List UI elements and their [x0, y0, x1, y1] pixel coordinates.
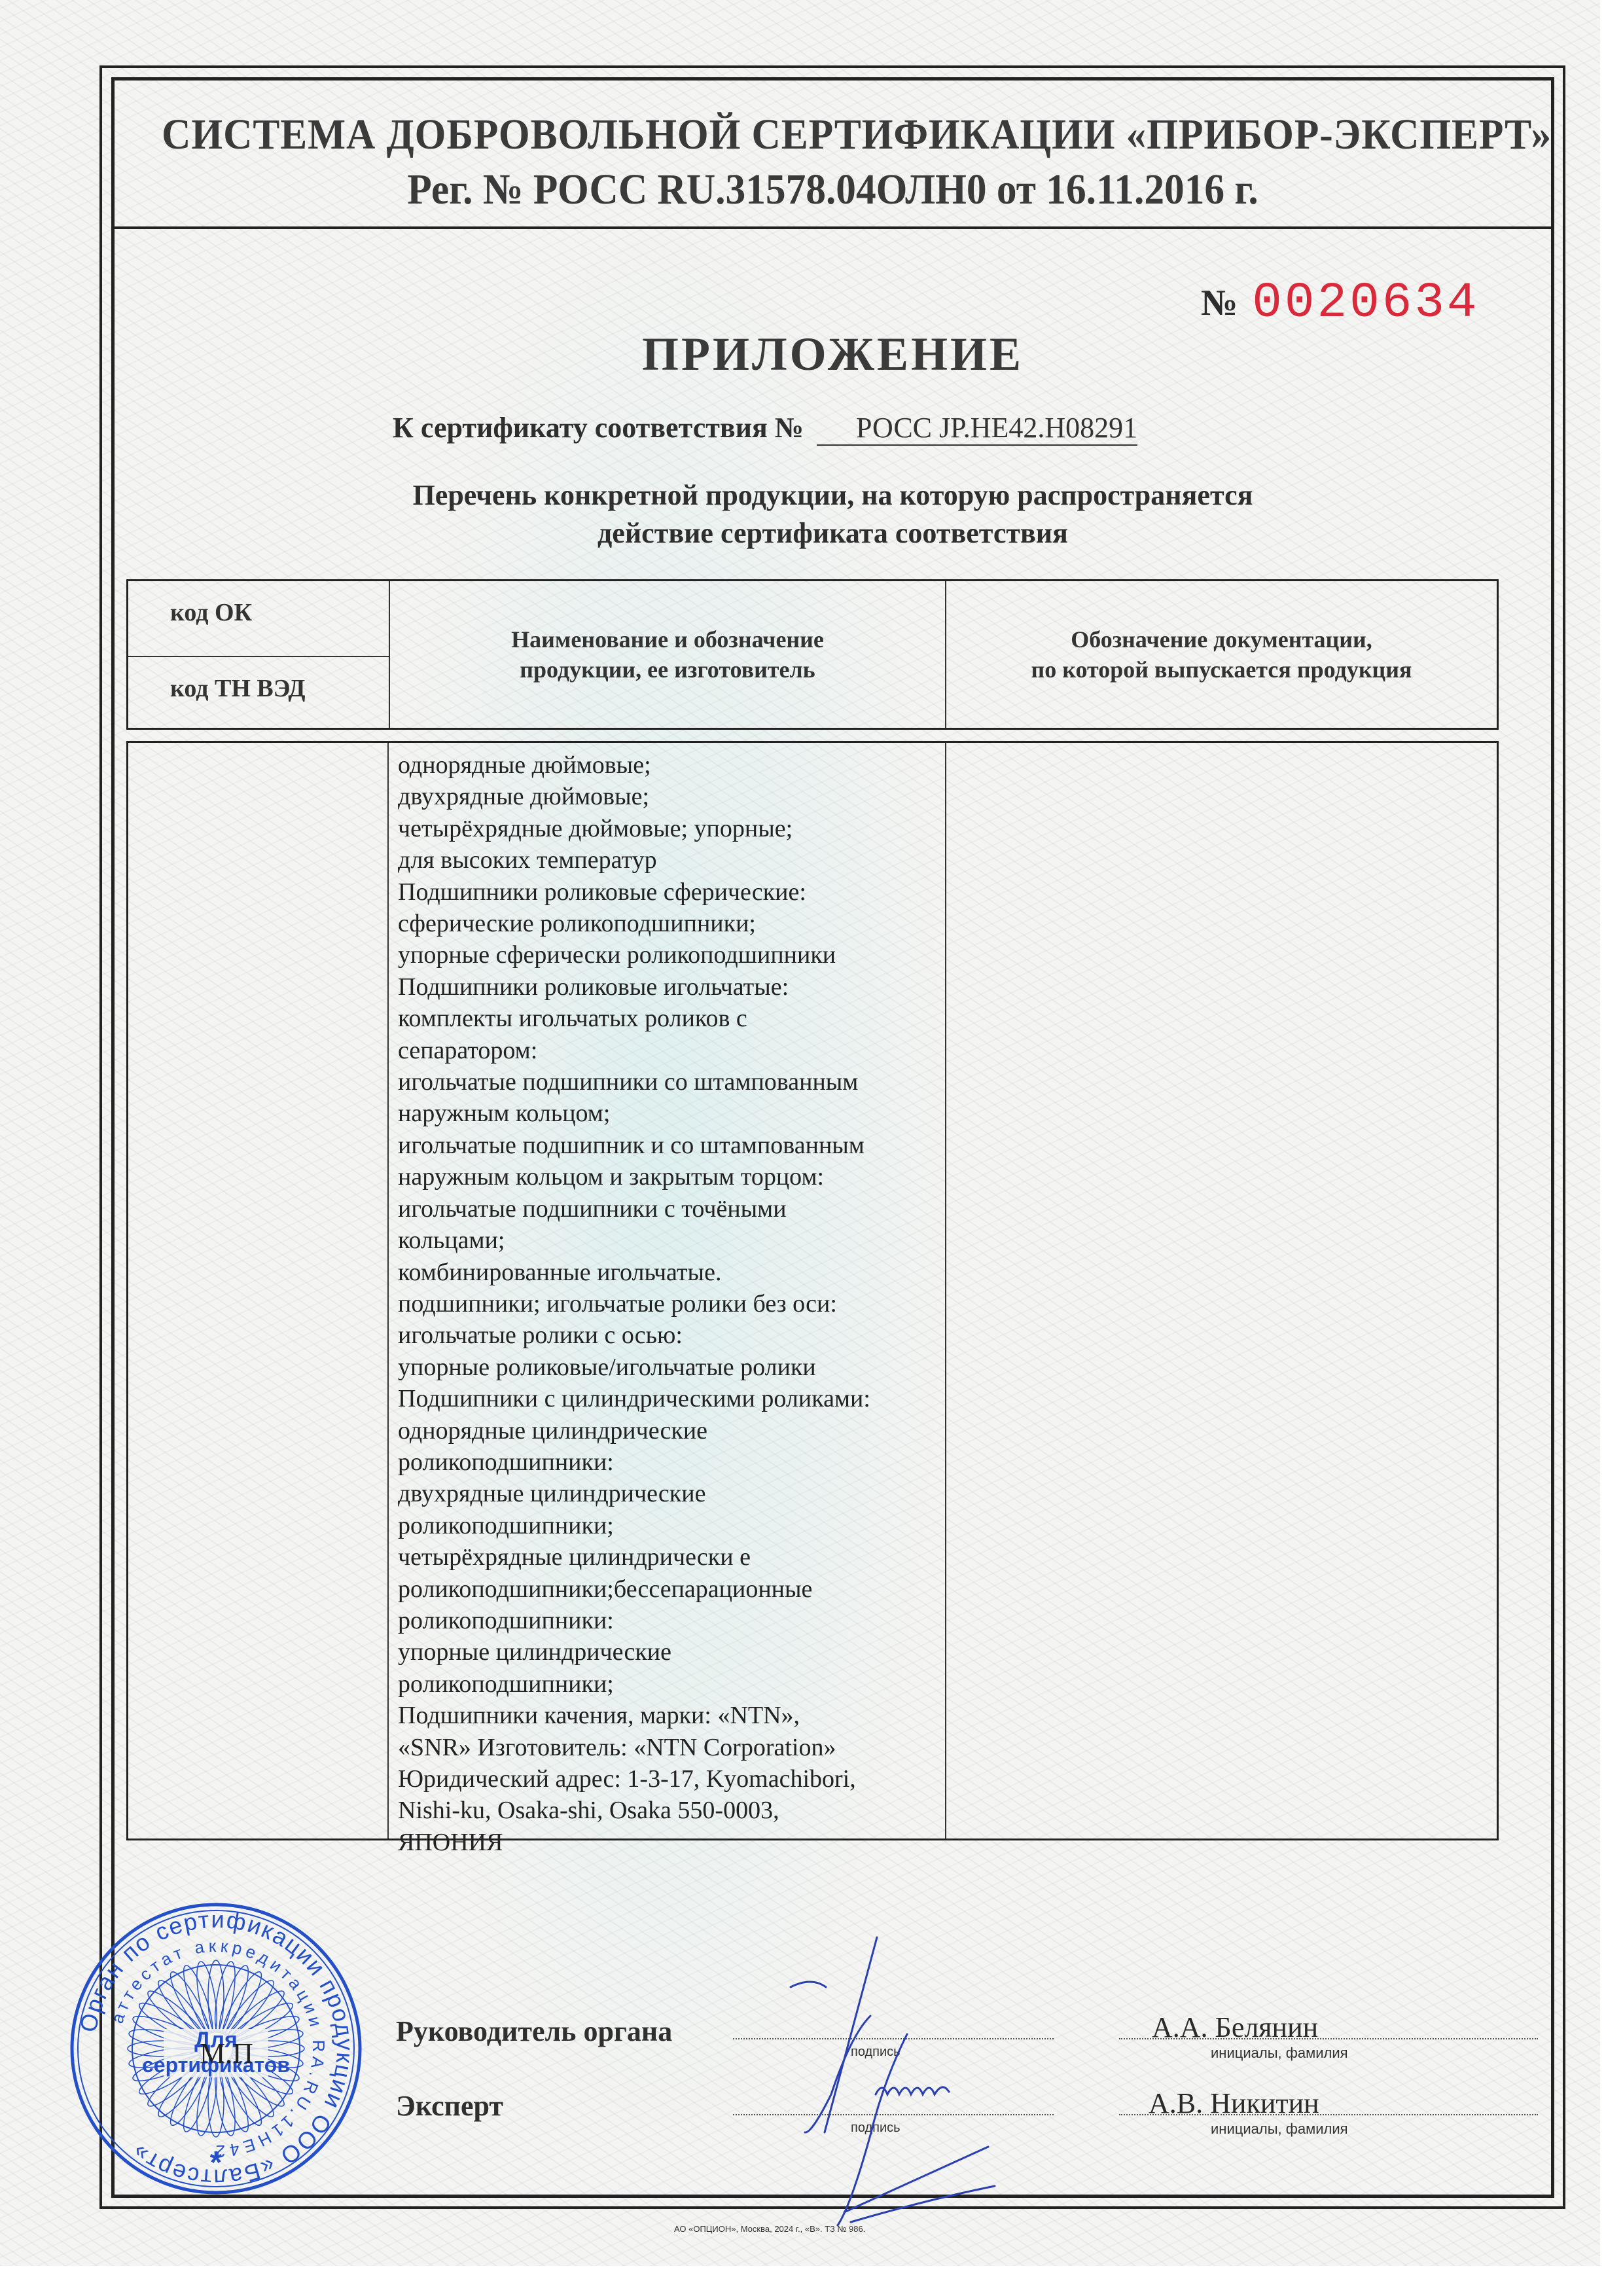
system-registration-number: Рег. № РОСС RU.31578.04ОЛН0 от 16.11.201… — [162, 165, 1504, 215]
product-line: «SNR» Изготовитель: «NTN Corporation» — [398, 1732, 945, 1763]
product-line: наружным кольцом; — [398, 1098, 945, 1129]
product-list-description: Перечень конкретной продукции, на котору… — [111, 476, 1554, 552]
header-divider — [111, 226, 1554, 229]
head-signature-caption: подпись — [851, 2045, 901, 2060]
expert-signature-line — [733, 2114, 1054, 2115]
product-line: Nishi-ku, Osaka-shi, Osaka 550-0003, — [398, 1795, 945, 1826]
header-codes-divider — [128, 656, 389, 657]
product-line: подшипники; игольчатые ролики без оси: — [398, 1288, 945, 1319]
product-line: однорядные цилиндрические — [398, 1415, 945, 1446]
serial-number-value: 0020634 — [1252, 275, 1479, 331]
product-cell: однорядные дюймовые;двухрядные дюймовые;… — [389, 743, 946, 1839]
header-kod-ok: код ОК — [170, 598, 252, 627]
product-line: игольчатые подшипники с точёными — [398, 1193, 945, 1225]
product-line: двухрядные цилиндрические — [398, 1478, 945, 1509]
product-line: Подшипники роликовые игольчатые: — [398, 971, 945, 1003]
product-line: роликоподшипники: — [398, 1605, 945, 1636]
product-line: двухрядные дюймовые; — [398, 781, 945, 812]
product-line: роликоподшипники: — [398, 1446, 945, 1478]
product-line: для высоких температур — [398, 844, 945, 876]
product-line: однорядные дюймовые; — [398, 749, 945, 781]
expert-name-caption: инициалы, фамилия — [1211, 2121, 1348, 2138]
header-kod-tn-ved: код ТН ВЭД — [170, 674, 306, 703]
head-name: А.А. Белянин — [1152, 2011, 1318, 2044]
product-line: роликоподшипники;бессепарационные — [398, 1573, 945, 1605]
head-name-caption: инициалы, фамилия — [1211, 2045, 1348, 2062]
product-line: роликоподшипники; — [398, 1668, 945, 1700]
documentation-cell — [946, 743, 1497, 1839]
product-line: четырёхрядные цилиндрически е — [398, 1541, 945, 1573]
header-docs-line-2: по которой выпускается продукция — [1031, 655, 1412, 685]
table-header: код ОК код ТН ВЭД Наименование и обознач… — [126, 579, 1499, 730]
printer-imprint: АО «ОПЦИОН», Москва, 2024 г., «В». ТЗ № … — [674, 2224, 865, 2234]
product-line: кольцами; — [398, 1225, 945, 1256]
description-line-2: действие сертификата соответствия — [111, 514, 1554, 552]
header-codes-cell: код ОК код ТН ВЭД — [128, 581, 390, 728]
product-line: упорные роликовые/игольчатые ролики — [398, 1352, 945, 1383]
product-line: Подшипники с цилиндрическими роликами: — [398, 1383, 945, 1414]
product-line: комбинированные игольчатые. — [398, 1257, 945, 1288]
blank-serial-number: №0020634 — [1201, 275, 1480, 331]
product-line: игольчатые подшипники со штампованным — [398, 1066, 945, 1098]
seal-place-mark: М.П — [200, 2037, 253, 2070]
appendix-title: ПРИЛОЖЕНИЕ — [111, 327, 1554, 382]
certification-system-title: СИСТЕМА ДОБРОВОЛЬНОЙ СЕРТИФИКАЦИИ «ПРИБО… — [162, 110, 1504, 160]
head-role-label: Руководитель органа — [396, 2015, 672, 2048]
product-line: Юридический адрес: 1-3-17, Kyomachibori, — [398, 1763, 945, 1795]
codes-cell — [128, 743, 389, 1839]
product-line: упорные цилиндрические — [398, 1636, 945, 1668]
svg-text:*: * — [210, 2145, 223, 2180]
certificate-reference-label: К сертификату соответствия № — [393, 412, 804, 444]
product-line: Подшипники качения, марки: «NTN», — [398, 1700, 945, 1731]
product-line: ЯПОНИЯ — [398, 1827, 945, 1858]
table-body: однорядные дюймовые;двухрядные дюймовые;… — [126, 741, 1499, 1840]
certificate-reference: К сертификату соответствия №РОСС JP.НЕ42… — [393, 411, 1137, 446]
expert-signature-caption: подпись — [851, 2121, 901, 2136]
expert-role-label: Эксперт — [396, 2089, 503, 2123]
product-line: игольчатые подшипник и со штампованным — [398, 1130, 945, 1161]
product-line: наружным кольцом и закрытым торцом: — [398, 1161, 945, 1193]
header-docs-line-1: Обозначение документации, — [1031, 624, 1412, 655]
product-line: игольчатые ролики с осью: — [398, 1319, 945, 1351]
product-line: упорные сферически роликоподшипники — [398, 939, 945, 971]
product-line: Подшипники роликовые сферические: — [398, 876, 945, 908]
expert-name: А.В. Никитин — [1149, 2087, 1319, 2120]
product-line: четырёхрядные дюймовые; упорные; — [398, 813, 945, 844]
product-line: сферические роликоподшипники; — [398, 908, 945, 939]
head-signature-line — [733, 2038, 1054, 2039]
header-product-line-1: Наименование и обозначение — [511, 624, 824, 655]
certificate-reference-number: РОСС JP.НЕ42.Н08291 — [817, 411, 1137, 446]
product-line: сепаратором: — [398, 1035, 945, 1066]
product-line: комплекты игольчатых роликов с — [398, 1003, 945, 1034]
description-line-1: Перечень конкретной продукции, на котору… — [111, 476, 1554, 514]
number-sign: № — [1201, 283, 1238, 323]
product-line: роликоподшипники; — [398, 1510, 945, 1541]
header-product-cell: Наименование и обозначение продукции, ее… — [390, 581, 946, 728]
header-product-line-2: продукции, ее изготовитель — [511, 655, 824, 685]
header-documentation-cell: Обозначение документации, по которой вып… — [946, 581, 1497, 728]
